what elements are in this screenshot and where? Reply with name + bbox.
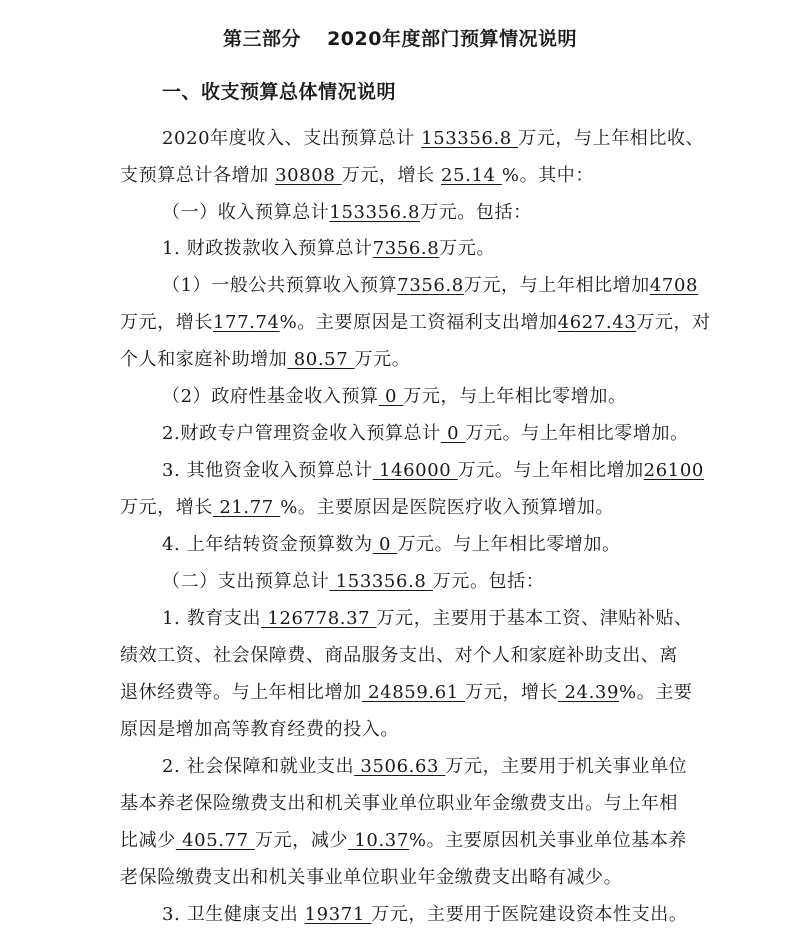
- title-main: 2020年度部门预算情况说明: [327, 28, 577, 50]
- text-line: 基本养老保险缴费支出和机关事业单位职业年金缴费支出。与上年相: [120, 789, 678, 815]
- text-line: 1. 财政拨款收入预算总计7356.8万元。: [162, 234, 495, 260]
- amount-value: 0: [441, 423, 466, 444]
- text-segment: 支预算总计各增加: [120, 165, 275, 186]
- amount-value: 146000: [373, 460, 458, 481]
- text-segment: 比减少: [120, 830, 176, 851]
- text-segment: 老保险缴费支出和机关事业单位职业年金缴费支出略有减少。: [120, 867, 622, 888]
- amount-value: 25.14: [441, 165, 502, 186]
- text-line: （1）一般公共预算收入预算7356.8万元，与上年相比增加4708: [162, 271, 698, 297]
- amount-value: 153356.8: [329, 202, 420, 223]
- amount-value: 7356.8: [397, 275, 464, 296]
- amount-value: 0: [379, 386, 404, 407]
- text-segment: 万元，增长: [120, 497, 213, 518]
- amount-value: 153356.8: [329, 571, 432, 592]
- text-segment: %。主要原因机关事业单位基本养: [409, 830, 687, 851]
- amount-value: 3506.63: [354, 756, 445, 777]
- text-segment: （二）支出预算总计: [162, 571, 329, 592]
- text-segment: 2.财政专户管理资金收入预算总计: [162, 423, 441, 444]
- text-segment: 1. 财政拨款收入预算总计: [162, 238, 373, 259]
- section-heading: 一、收支预算总体情况说明: [162, 77, 396, 104]
- text-segment: %。主要原因是医院医疗收入预算增加。: [280, 497, 614, 518]
- text-segment: 万元。: [355, 349, 411, 370]
- amount-value: 405.77: [176, 830, 255, 851]
- text-segment: （1）一般公共预算收入预算: [162, 275, 397, 296]
- text-line: （二）支出预算总计 153356.8 万元。包括：: [162, 567, 544, 593]
- text-line: 1. 教育支出 126778.37 万元，主要用于基本工资、津贴补贴、: [162, 604, 693, 630]
- amount-value: 10.37: [348, 830, 409, 851]
- text-segment: 万元。与上年相比零增加。: [397, 534, 620, 555]
- text-line: 原因是增加高等教育经费的投入。: [120, 715, 399, 741]
- text-segment: （一）收入预算总计: [162, 202, 329, 223]
- amount-value: 80.57: [287, 349, 354, 370]
- text-line: （2）政府性基金收入预算 0 万元，与上年相比零增加。: [162, 382, 627, 408]
- amount-value: 30808: [275, 165, 342, 186]
- amount-value: 177.74: [213, 312, 280, 333]
- text-line: 退休经费等。与上年相比增加 24859.61 万元，增长 24.39%。主要: [120, 678, 693, 704]
- text-line: （一）收入预算总计153356.8万元。包括：: [162, 198, 532, 224]
- text-line: 绩效工资、社会保障费、商品服务支出、对个人和家庭补助支出、离: [120, 641, 678, 667]
- amount-value: 24859.61: [362, 682, 465, 703]
- text-line: 比减少 405.77 万元，减少 10.37%。主要原因机关事业单位基本养: [120, 826, 687, 852]
- text-segment: 万元。包括：: [420, 202, 532, 223]
- text-segment: 原因是增加高等教育经费的投入。: [120, 719, 399, 740]
- text-segment: 绩效工资、社会保障费、商品服务支出、对个人和家庭补助支出、离: [120, 645, 678, 666]
- title-part: 第三部分: [223, 28, 301, 50]
- text-segment: 万元，主要用于基本工资、津贴补贴、: [377, 608, 693, 629]
- text-segment: 3. 其他资金收入预算总计: [162, 460, 373, 481]
- text-segment: 万元，与上年相比零增加。: [403, 386, 626, 407]
- amount-value: 24.39: [558, 682, 619, 703]
- text-segment: 万元，减少: [255, 830, 348, 851]
- text-segment: 万元。与上年相比零增加。: [465, 423, 688, 444]
- text-segment: 1. 教育支出: [162, 608, 261, 629]
- text-segment: 万元，增长: [120, 312, 213, 333]
- amount-value: 126778.37: [261, 608, 376, 629]
- amount-value: 19371: [305, 904, 372, 925]
- text-line: 3. 其他资金收入预算总计 146000 万元。与上年相比增加26100: [162, 456, 704, 482]
- text-segment: 万元，主要用于机关事业单位: [445, 756, 687, 777]
- text-segment: %。主要: [619, 682, 693, 703]
- text-segment: 2020年度收入、支出预算总计: [162, 128, 421, 149]
- text-segment: （2）政府性基金收入预算: [162, 386, 379, 407]
- text-line: 个人和家庭补助增加 80.57 万元。: [120, 345, 410, 371]
- text-segment: 个人和家庭补助增加: [120, 349, 287, 370]
- text-line: 万元，增长 21.77 %。主要原因是医院医疗收入预算增加。: [120, 493, 614, 519]
- text-segment: 3. 卫生健康支出: [162, 904, 305, 925]
- amount-value: 0: [373, 534, 398, 555]
- text-segment: 万元，对: [636, 312, 710, 333]
- text-segment: 万元。包括：: [433, 571, 545, 592]
- text-segment: 万元。: [439, 238, 495, 259]
- amount-value: 26100: [644, 460, 704, 481]
- amount-value: 4627.43: [558, 312, 637, 333]
- text-segment: 万元，与上年相比增加: [464, 275, 650, 296]
- amount-value: 153356.8: [421, 128, 518, 149]
- text-line: 3. 卫生健康支出 19371 万元，主要用于医院建设资本性支出。: [162, 900, 687, 926]
- text-line: 4. 上年结转资金预算数为 0 万元。与上年相比零增加。: [162, 530, 621, 556]
- text-line: 2. 社会保障和就业支出 3506.63 万元，主要用于机关事业单位: [162, 752, 687, 778]
- amount-value: 7356.8: [373, 238, 440, 259]
- text-segment: 万元，增长: [342, 165, 441, 186]
- text-segment: %。主要原因是工资福利支出增加: [280, 312, 558, 333]
- text-segment: 万元。与上年相比增加: [458, 460, 644, 481]
- text-segment: 万元，与上年相比收、: [518, 128, 704, 149]
- page-title: 第三部分2020年度部门预算情况说明: [0, 24, 800, 51]
- text-segment: 退休经费等。与上年相比增加: [120, 682, 362, 703]
- text-line: 支预算总计各增加 30808 万元，增长 25.14 %。其中：: [120, 161, 594, 187]
- text-line: 万元，增长177.74%。主要原因是工资福利支出增加4627.43万元，对: [120, 308, 711, 334]
- text-segment: 万元，主要用于医院建设资本性支出。: [371, 904, 687, 925]
- text-segment: 2. 社会保障和就业支出: [162, 756, 354, 777]
- text-segment: 基本养老保险缴费支出和机关事业单位职业年金缴费支出。与上年相: [120, 793, 678, 814]
- amount-value: 21.77: [213, 497, 280, 518]
- text-segment: 4. 上年结转资金预算数为: [162, 534, 373, 555]
- text-segment: %。其中：: [502, 165, 594, 186]
- text-line: 老保险缴费支出和机关事业单位职业年金缴费支出略有减少。: [120, 863, 622, 889]
- text-line: 2.财政专户管理资金收入预算总计 0 万元。与上年相比零增加。: [162, 419, 689, 445]
- text-line: 2020年度收入、支出预算总计 153356.8 万元，与上年相比收、: [162, 124, 704, 150]
- document-page: 第三部分2020年度部门预算情况说明 一、收支预算总体情况说明 2020年度收入…: [0, 0, 800, 935]
- text-segment: 万元，增长: [465, 682, 558, 703]
- amount-value: 4708: [650, 275, 698, 296]
